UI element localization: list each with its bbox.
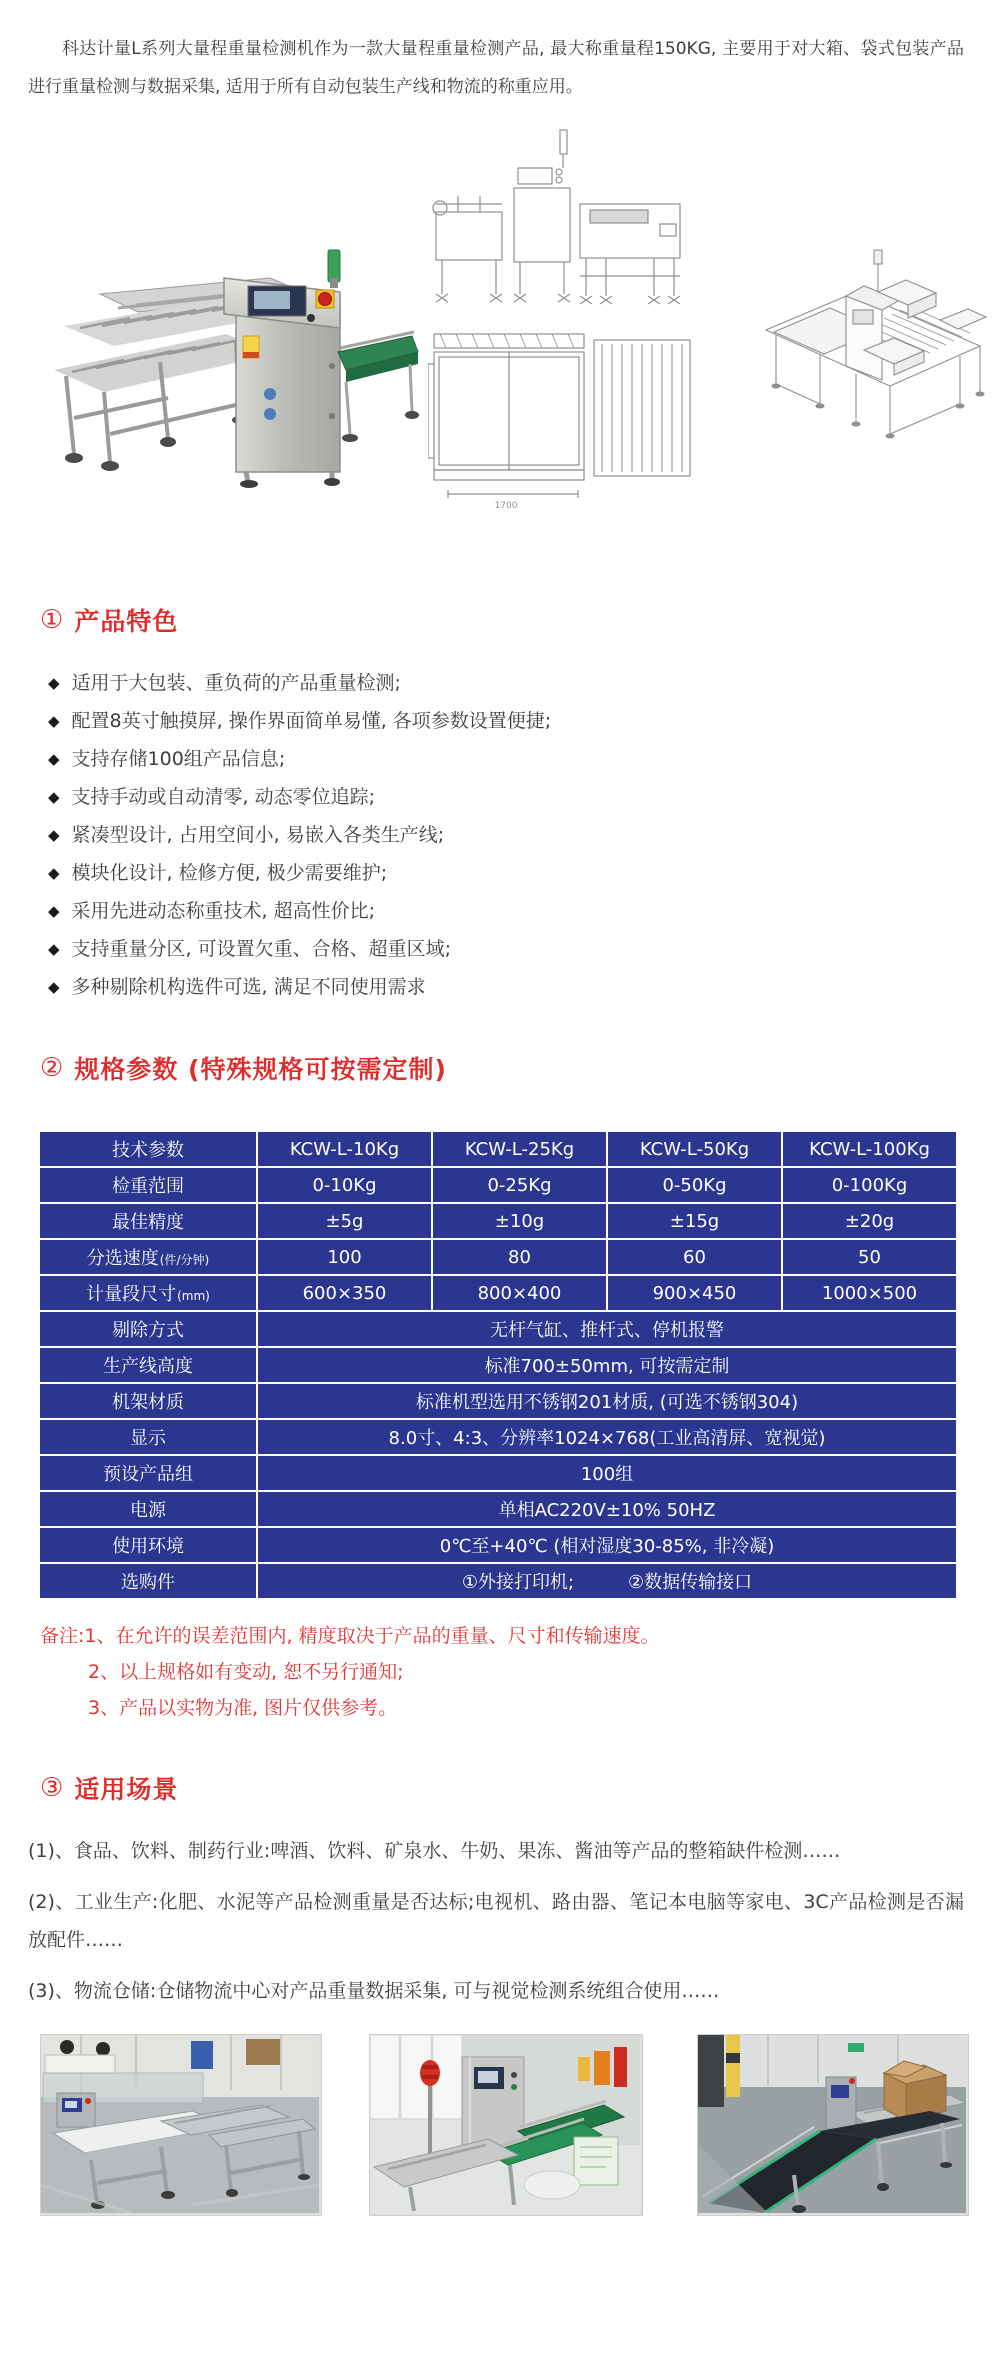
diamond-bullet-icon: ◆	[48, 826, 60, 844]
spec-header-cell: KCW-L-50Kg	[607, 1131, 782, 1167]
spec-label-cell: 选购件	[39, 1563, 257, 1599]
spec-table: 技术参数 KCW-L-10Kg KCW-L-25Kg KCW-L-50Kg KC…	[38, 1130, 958, 1600]
diamond-bullet-icon: ◆	[48, 902, 60, 920]
spec-value-cell: 0-100Kg	[782, 1167, 957, 1203]
feature-item: ◆适用于大包装、重负荷的产品重量检测;	[48, 664, 1000, 702]
spec-header-cell: 技术参数	[39, 1131, 257, 1167]
spec-value-cell: 0-25Kg	[432, 1167, 607, 1203]
spec-value-cell: 1000×500	[782, 1275, 957, 1311]
checkweigher-photo-illustration	[40, 166, 422, 488]
remark-line: 3、产品以实物为准, 图片仅供参考。	[40, 1690, 1000, 1726]
spec-span-cell: ①外接打印机; ②数据传输接口	[257, 1563, 957, 1599]
spec-span-cell: 单相AC220V±10% 50HZ	[257, 1491, 957, 1527]
spec-value-cell: 600×350	[257, 1275, 432, 1311]
unit-label: (件/分钟)	[160, 1253, 209, 1267]
scenario-list: (1)、食品、饮料、制药行业:啤酒、饮料、矿泉水、牛奶、果冻、酱油等产品的整箱缺…	[28, 1832, 964, 2010]
spec-value-cell: 0-10Kg	[257, 1167, 432, 1203]
spec-header-cell: KCW-L-10Kg	[257, 1131, 432, 1167]
factory-scene-illustration	[41, 2035, 319, 2213]
product-detail-page: 科达计量L系列大量程重量检测机作为一款大量程重量检测产品, 最大称重量程150K…	[0, 0, 1000, 2360]
spec-row: 使用环境 0℃至+40℃ (相对湿度30-85%, 非冷凝)	[39, 1527, 957, 1563]
feature-item: ◆配置8英寸触摸屏, 操作界面简单易懂, 各项参数设置便捷;	[48, 702, 1000, 740]
remark-text: 1、在允许的误差范围内, 精度取决于产品的重量、尺寸和传输速度。	[84, 1625, 659, 1647]
spec-row: 生产线高度 标准700±50mm, 可按需定制	[39, 1347, 957, 1383]
section-specs-heading: ② 规格参数 (特殊规格可按需定制)	[40, 1050, 1000, 1086]
spec-label-cell: 预设产品组	[39, 1455, 257, 1491]
beacon-conveyor-illustration	[370, 2035, 640, 2213]
spec-value-cell: 0-50Kg	[607, 1167, 782, 1203]
remark-line: 2、以上规格如有变动, 恕不另行通知;	[40, 1654, 1000, 1690]
diamond-bullet-icon: ◆	[48, 674, 60, 692]
spec-span-cell: 100组	[257, 1455, 957, 1491]
technical-drawing-isometric	[760, 234, 988, 449]
scenario-item: (3)、物流仓储:仓储物流中心对产品重量数据采集, 可与视觉检测系统组合使用……	[28, 1972, 964, 2010]
dark-belt-conveyor-illustration	[698, 2035, 966, 2213]
spec-value-cell: 60	[607, 1239, 782, 1275]
spec-label-cell: 最佳精度	[39, 1203, 257, 1239]
spec-value-cell: 100	[257, 1239, 432, 1275]
spec-row: 最佳精度 ±5g ±10g ±15g ±20g	[39, 1203, 957, 1239]
spec-value-cell: 50	[782, 1239, 957, 1275]
feature-text: 采用先进动态称重技术, 超高性价比;	[72, 900, 375, 922]
feature-item: ◆多种剔除机构选件可选, 满足不同使用需求	[48, 968, 1000, 1006]
spec-value-cell: 800×400	[432, 1275, 607, 1311]
diamond-bullet-icon: ◆	[48, 750, 60, 768]
feature-text: 紧凑型设计, 占用空间小, 易嵌入各类生产线;	[72, 824, 445, 846]
spec-label-cell: 生产线高度	[39, 1347, 257, 1383]
feature-text: 支持重量分区, 可设置欠重、合格、超重区域;	[72, 938, 451, 960]
spec-row: 预设产品组 100组	[39, 1455, 957, 1491]
feature-item: ◆模块化设计, 检修方便, 极少需要维护;	[48, 854, 1000, 892]
application-photos	[40, 2034, 1000, 2216]
spec-row: 计量段尺寸(mm) 600×350 800×400 900×450 1000×5…	[39, 1275, 957, 1311]
diamond-bullet-icon: ◆	[48, 788, 60, 806]
feature-text: 配置8英寸触摸屏, 操作界面简单易懂, 各项参数设置便捷;	[72, 710, 552, 732]
diamond-bullet-icon: ◆	[48, 712, 60, 730]
spec-row: 检重范围 0-10Kg 0-25Kg 0-50Kg 0-100Kg	[39, 1167, 957, 1203]
diamond-bullet-icon: ◆	[48, 940, 60, 958]
diamond-bullet-icon: ◆	[48, 978, 60, 996]
intro-paragraph: 科达计量L系列大量程重量检测机作为一款大量程重量检测产品, 最大称重量程150K…	[0, 0, 1000, 106]
spec-span-cell: 0℃至+40℃ (相对湿度30-85%, 非冷凝)	[257, 1527, 957, 1563]
spec-row: 分选速度(件/分钟) 100 80 60 50	[39, 1239, 957, 1275]
spec-row: 显示 8.0寸、4:3、分辨率1024×768(工业高清屏、宽视觉)	[39, 1419, 957, 1455]
remarks: 备注:1、在允许的误差范围内, 精度取决于产品的重量、尺寸和传输速度。 2、以上…	[40, 1618, 1000, 1726]
spec-label-cell: 剔除方式	[39, 1311, 257, 1347]
spec-label-cell: 计量段尺寸(mm)	[39, 1275, 257, 1311]
spec-row: 剔除方式 无杆气缸、推杆式、停机报警	[39, 1311, 957, 1347]
spec-value-cell: ±5g	[257, 1203, 432, 1239]
circled-one-icon: ①	[40, 605, 64, 635]
spec-label-cell: 机架材质	[39, 1383, 257, 1419]
diamond-bullet-icon: ◆	[48, 864, 60, 882]
feature-item: ◆支持手动或自动清零, 动态零位追踪;	[48, 778, 1000, 816]
feature-text: 支持存储100组产品信息;	[72, 748, 286, 770]
product-photo	[40, 166, 422, 488]
spec-span-cell: 标准机型选用不锈钢201材质, (可选不锈钢304)	[257, 1383, 957, 1419]
spec-label-cell: 显示	[39, 1419, 257, 1455]
section-scenarios-title: 适用场景	[74, 1770, 178, 1806]
spec-label-cell: 电源	[39, 1491, 257, 1527]
spec-label-cell: 分选速度(件/分钟)	[39, 1239, 257, 1275]
spec-value-cell: ±20g	[782, 1203, 957, 1239]
section-features-heading: ① 产品特色	[40, 602, 1000, 638]
spec-value-cell: ±15g	[607, 1203, 782, 1239]
feature-text: 支持手动或自动清零, 动态零位追踪;	[72, 786, 375, 808]
spec-header-row: 技术参数 KCW-L-10Kg KCW-L-25Kg KCW-L-50Kg KC…	[39, 1131, 957, 1167]
feature-text: 多种剔除机构选件可选, 满足不同使用需求	[72, 976, 426, 998]
section-features-title: 产品特色	[74, 602, 178, 638]
spec-label-cell: 检重范围	[39, 1167, 257, 1203]
spec-row: 机架材质 标准机型选用不锈钢201材质, (可选不锈钢304)	[39, 1383, 957, 1419]
technical-drawing-front-and-plan: 1700	[428, 112, 764, 512]
isometric-line-drawing	[760, 234, 988, 449]
spec-header-cell: KCW-L-25Kg	[432, 1131, 607, 1167]
spec-span-cell: 标准700±50mm, 可按需定制	[257, 1347, 957, 1383]
application-photo-belt-box	[697, 2034, 969, 2216]
feature-text: 模块化设计, 检修方便, 极少需要维护;	[72, 862, 388, 884]
remark-prefix: 备注:	[40, 1625, 84, 1647]
feature-item: ◆紧凑型设计, 占用空间小, 易嵌入各类生产线;	[48, 816, 1000, 854]
section-specs-title: 规格参数 (特殊规格可按需定制)	[74, 1050, 447, 1086]
scenario-item: (1)、食品、饮料、制药行业:啤酒、饮料、矿泉水、牛奶、果冻、酱油等产品的整箱缺…	[28, 1832, 964, 1870]
spec-header-cell: KCW-L-100Kg	[782, 1131, 957, 1167]
feature-item: ◆支持存储100组产品信息;	[48, 740, 1000, 778]
spec-value-cell: 900×450	[607, 1275, 782, 1311]
feature-text: 适用于大包装、重负荷的产品重量检测;	[72, 672, 401, 694]
scenario-item: (2)、工业生产:化肥、水泥等产品检测重量是否达标;电视机、路由器、笔记本电脑等…	[28, 1883, 964, 1959]
spec-row: 选购件 ①外接打印机; ②数据传输接口	[39, 1563, 957, 1599]
remark-line: 备注:1、在允许的误差范围内, 精度取决于产品的重量、尺寸和传输速度。	[40, 1618, 1000, 1654]
application-photo-factory	[40, 2034, 322, 2216]
feature-item: ◆采用先进动态称重技术, 超高性价比;	[48, 892, 1000, 930]
circled-three-icon: ③	[40, 1773, 64, 1803]
feature-list: ◆适用于大包装、重负荷的产品重量检测; ◆配置8英寸触摸屏, 操作界面简单易懂,…	[0, 664, 1000, 1006]
spec-label-cell: 使用环境	[39, 1527, 257, 1563]
application-photo-beacon-line	[369, 2034, 643, 2216]
section-scenarios-heading: ③ 适用场景	[40, 1770, 1000, 1806]
spec-value-cell: ±10g	[432, 1203, 607, 1239]
hero-images: 1700	[0, 106, 1000, 558]
unit-label: (mm)	[177, 1289, 210, 1303]
spec-span-cell: 无杆气缸、推杆式、停机报警	[257, 1311, 957, 1347]
feature-item: ◆支持重量分区, 可设置欠重、合格、超重区域;	[48, 930, 1000, 968]
spec-span-cell: 8.0寸、4:3、分辨率1024×768(工业高清屏、宽视觉)	[257, 1419, 957, 1455]
spec-row: 电源 单相AC220V±10% 50HZ	[39, 1491, 957, 1527]
dimension-label: 1700	[495, 501, 518, 511]
circled-two-icon: ②	[40, 1053, 64, 1083]
technical-drawing-2d: 1700	[428, 112, 764, 512]
spec-value-cell: 80	[432, 1239, 607, 1275]
